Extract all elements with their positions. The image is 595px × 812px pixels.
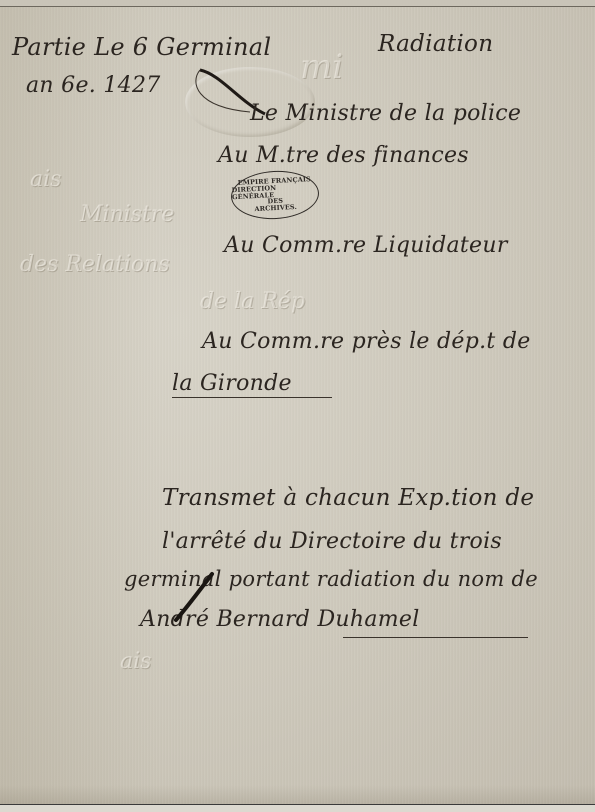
name-underline bbox=[343, 637, 528, 638]
line-transmet: Transmet à chacun Exp.tion de bbox=[162, 485, 534, 511]
embossed-ghost-text: mi bbox=[300, 47, 343, 87]
embossed-ghost-text: de la Rép bbox=[200, 289, 305, 314]
line-commissaire-liquidateur: Au Comm.re Liquidateur bbox=[224, 233, 508, 258]
embossed-ghost-text: ais bbox=[30, 167, 61, 192]
line-minister-finances: Au M.tre des finances bbox=[218, 143, 469, 168]
date-line-1: Partie Le 6 Germinal bbox=[12, 33, 271, 61]
date-line-2: an 6e. 1427 bbox=[26, 73, 161, 98]
document-page: mi ais Ministre des Relations de la Rép … bbox=[0, 6, 595, 805]
line-arrete: l'arrêté du Directoire du trois bbox=[162, 529, 502, 554]
stamp-line: ARCHIVES. bbox=[254, 204, 297, 213]
subject-radiation: Radiation bbox=[378, 31, 493, 57]
archives-stamp: EMPIRE FRANÇAIS DIRECTION GÉNÉRALE DES A… bbox=[230, 169, 320, 222]
page-bottom-edge bbox=[0, 804, 595, 812]
embossed-ghost-text: des Relations bbox=[20, 252, 170, 277]
line-minister-police: Le Ministre de la police bbox=[250, 101, 521, 126]
pen-stroke-icon bbox=[170, 570, 220, 625]
embossed-ghost-text: ais bbox=[120, 649, 151, 674]
line-gironde: la Gironde bbox=[172, 371, 332, 398]
embossed-ghost-text: Ministre bbox=[80, 202, 174, 227]
line-commissaire-departement: Au Comm.re près le dép.t de bbox=[202, 329, 531, 354]
